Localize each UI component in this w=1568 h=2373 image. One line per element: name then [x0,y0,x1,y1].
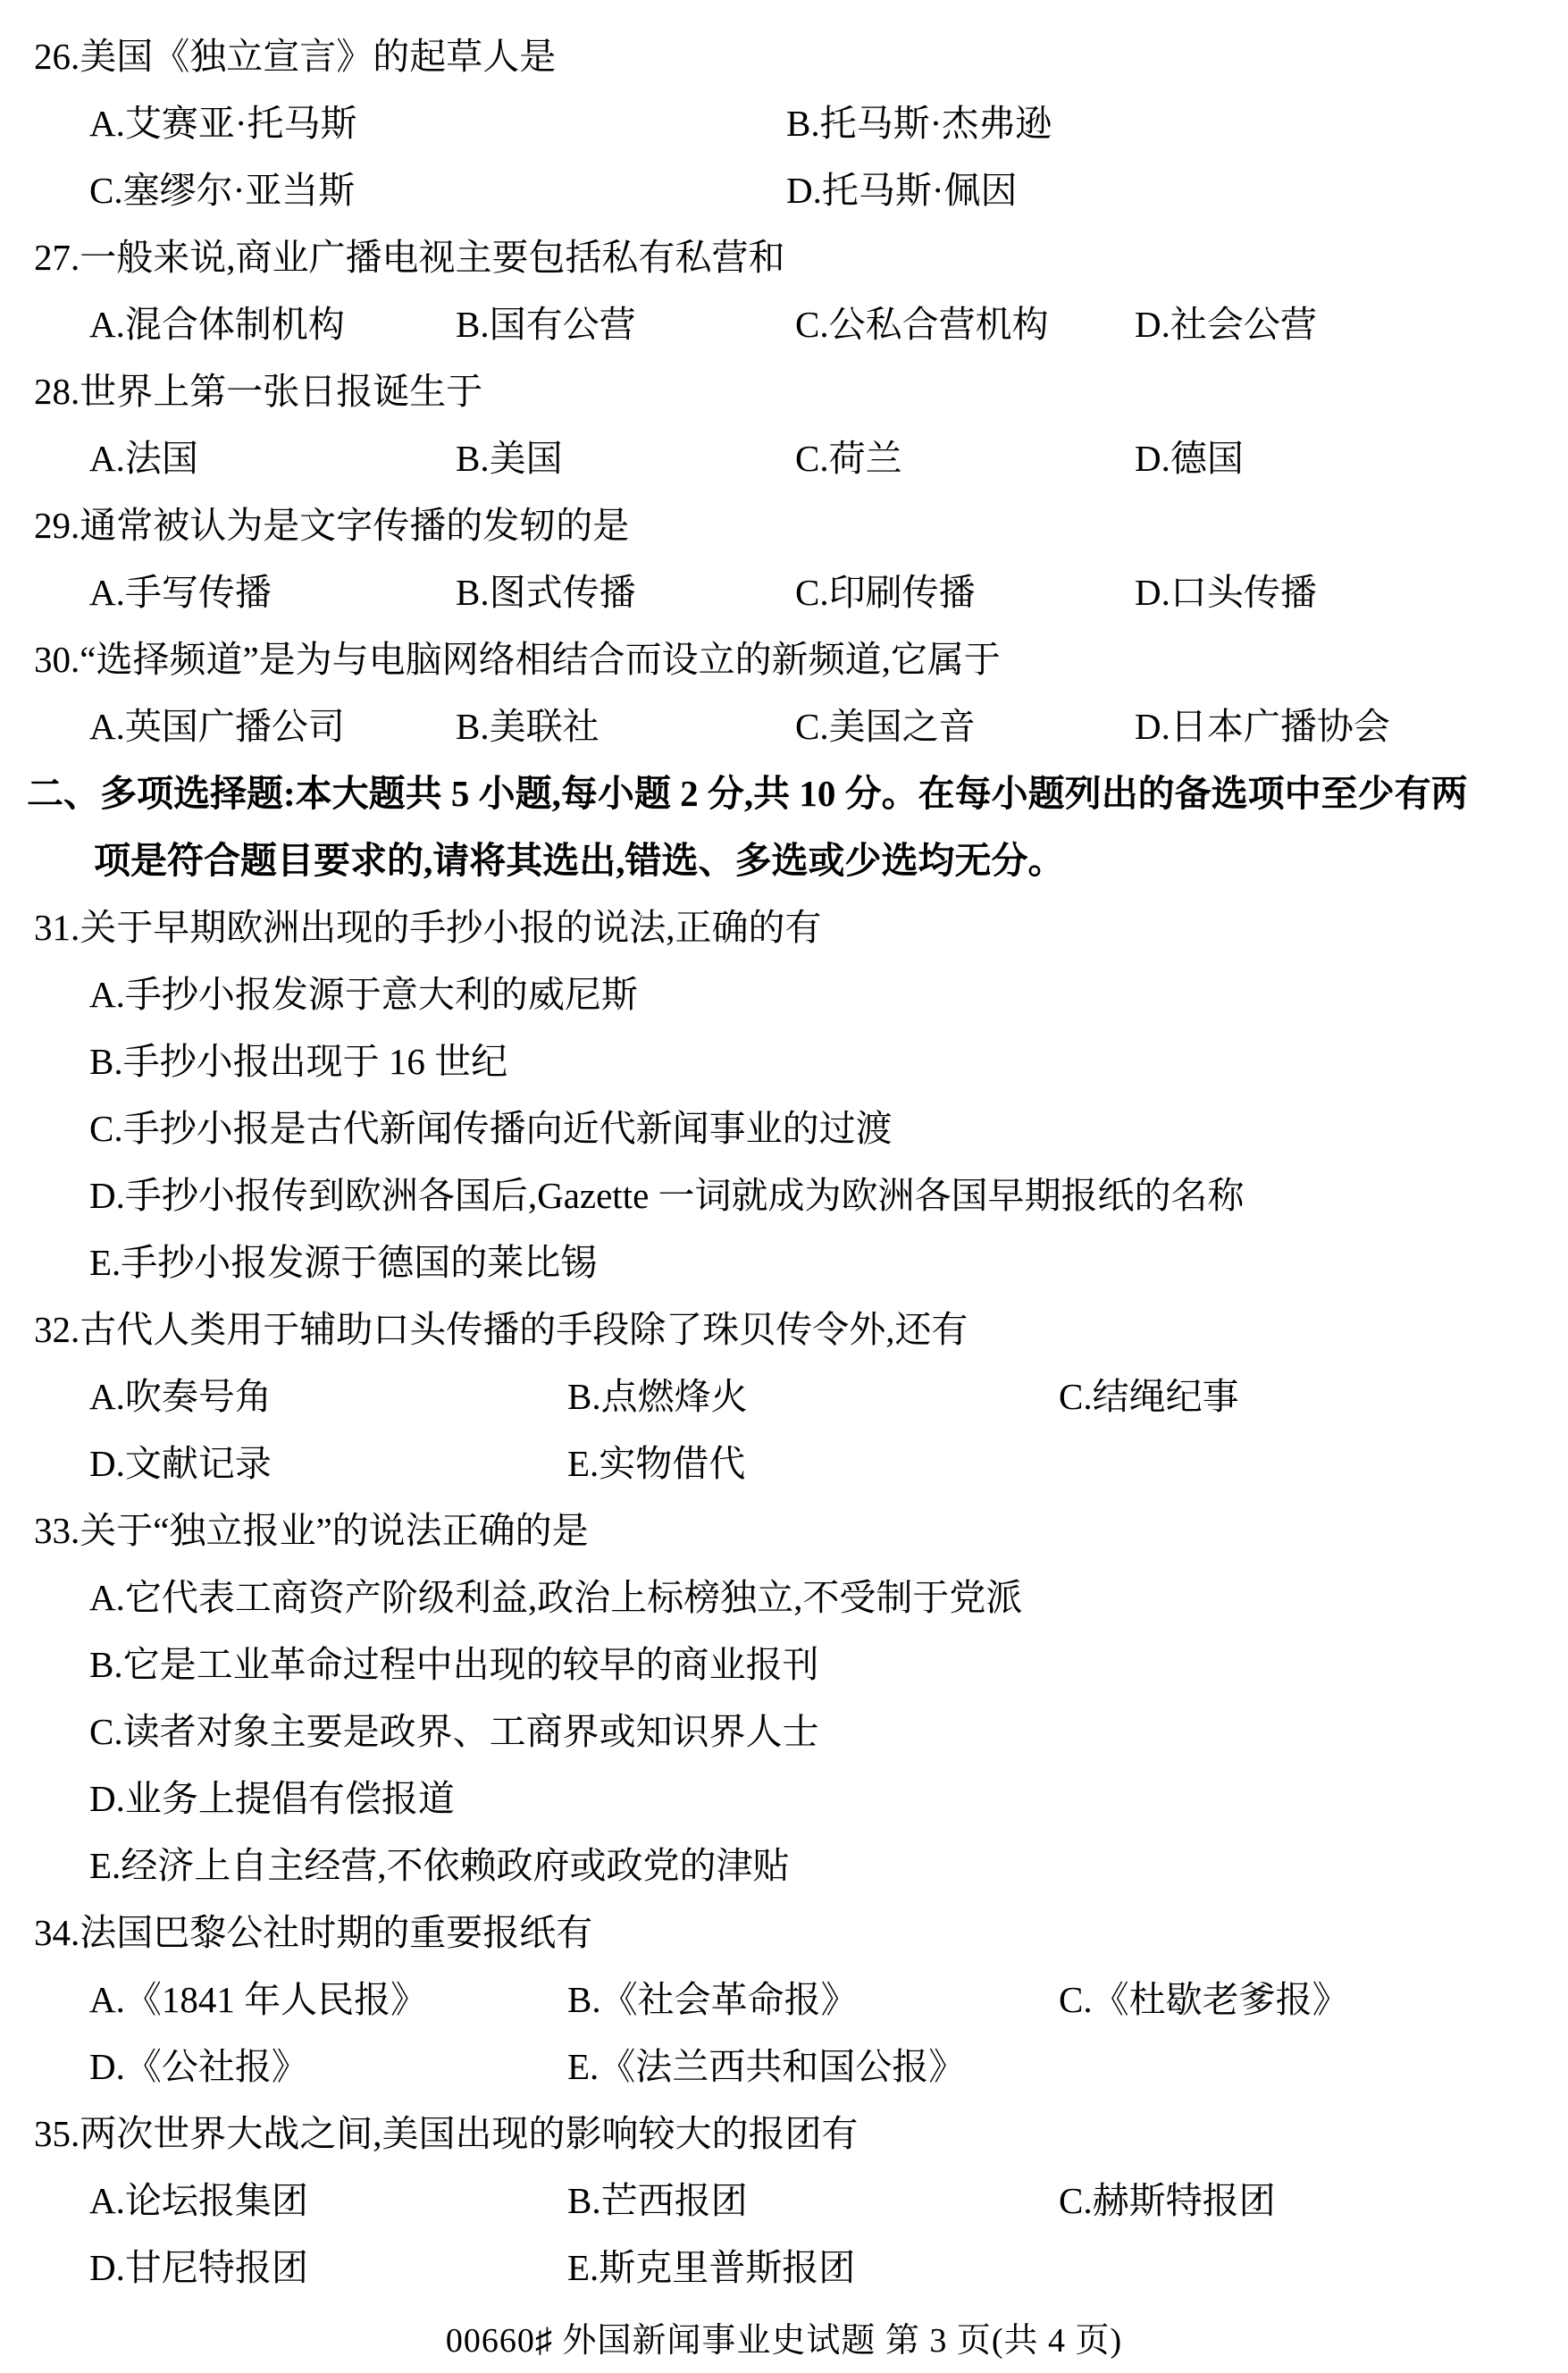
q31-option-c: C.手抄小报是古代新闻传播向近代新闻事业的过渡 [0,1099,1568,1166]
q34-option-b: B.《社会革命报》 [567,1970,1059,2037]
q28-option-a: A.法国 [89,429,456,496]
q30-stem: 30.“选择频道”是为与电脑网络相结合而设立的新频道,它属于 [0,630,1568,697]
q32-option-d: D.文献记录 [89,1434,567,1501]
q30-option-c: C.美国之音 [795,697,1135,764]
q29-option-c: C.印刷传播 [795,563,1135,630]
q26-option-row-2: C.塞缪尔·亚当斯 D.托马斯·佩因 [0,161,1568,228]
q28-option-d: D.德国 [1135,429,1568,496]
q35-option-row-1: A.论坛报集团 B.芒西报团 C.赫斯特报团 [0,2171,1568,2238]
q32-option-row-2: D.文献记录 E.实物借代 [0,1434,1568,1501]
q29-option-a: A.手写传播 [89,563,456,630]
q34-option-c: C.《杜歇老爹报》 [1059,1970,1568,2037]
q28-option-row: A.法国 B.美国 C.荷兰 D.德国 [0,429,1568,496]
q27-option-c: C.公私合营机构 [795,295,1135,362]
q32-option-row-1: A.吹奏号角 B.点燃烽火 C.结绳纪事 [0,1367,1568,1434]
q26-stem: 26.美国《独立宣言》的起草人是 [0,27,1568,94]
q29-option-d: D.口头传播 [1135,563,1568,630]
q27-option-a: A.混合体制机构 [89,295,456,362]
page-footer: 00660♯ 外国新闻事业史试题 第 3 页(共 4 页) [0,2312,1568,2361]
q32-option-c: C.结绳纪事 [1059,1367,1568,1434]
q31-option-e: E.手抄小报发源于德国的莱比锡 [0,1233,1568,1300]
q26-option-c: C.塞缪尔·亚当斯 [89,161,786,228]
q33-option-a: A.它代表工商资产阶级利益,政治上标榜独立,不受制于党派 [0,1568,1568,1635]
q27-stem: 27.一般来说,商业广播电视主要包括私有私营和 [0,228,1568,295]
q26-option-d: D.托马斯·佩因 [786,161,1568,228]
q33-option-c: C.读者对象主要是政界、工商界或知识界人士 [0,1702,1568,1769]
q30-option-b: B.美联社 [456,697,795,764]
q34-stem: 34.法国巴黎公社时期的重要报纸有 [0,1903,1568,1970]
q28-option-c: C.荷兰 [795,429,1135,496]
q34-option-row-2: D.《公社报》 E.《法兰西共和国公报》 [0,2037,1568,2104]
q31-option-a: A.手抄小报发源于意大利的威尼斯 [0,965,1568,1032]
q27-option-d: D.社会公营 [1135,295,1568,362]
section2-heading-line1: 二、多项选择题:本大题共 5 小题,每小题 2 分,共 10 分。在每小题列出的… [0,764,1568,831]
q32-option-e: E.实物借代 [567,1434,1059,1501]
q34-option-d: D.《公社报》 [89,2037,567,2104]
q35-stem: 35.两次世界大战之间,美国出现的影响较大的报团有 [0,2104,1568,2171]
q34-option-a: A.《1841 年人民报》 [89,1970,567,2037]
q32-stem: 32.古代人类用于辅助口头传播的手段除了珠贝传令外,还有 [0,1300,1568,1367]
q33-option-b: B.它是工业革命过程中出现的较早的商业报刊 [0,1635,1568,1702]
q35-option-d: D.甘尼特报团 [89,2238,567,2305]
q33-stem: 33.关于“独立报业”的说法正确的是 [0,1501,1568,1568]
q27-option-b: B.国有公营 [456,295,795,362]
q26-option-b: B.托马斯·杰弗逊 [786,94,1568,161]
q31-option-d: D.手抄小报传到欧洲各国后,Gazette 一词就成为欧洲各国早期报纸的名称 [0,1166,1568,1233]
q30-option-a: A.英国广播公司 [89,697,456,764]
q31-stem: 31.关于早期欧洲出现的手抄小报的说法,正确的有 [0,898,1568,965]
q35-option-c: C.赫斯特报团 [1059,2171,1568,2238]
q35-option-row-2: D.甘尼特报团 E.斯克里普斯报团 [0,2238,1568,2305]
q26-option-a: A.艾赛亚·托马斯 [89,94,786,161]
q33-option-d: D.业务上提倡有偿报道 [0,1769,1568,1836]
q32-option-a: A.吹奏号角 [89,1367,567,1434]
q27-option-row: A.混合体制机构 B.国有公营 C.公私合营机构 D.社会公营 [0,295,1568,362]
q32-option-b: B.点燃烽火 [567,1367,1059,1434]
q28-stem: 28.世界上第一张日报诞生于 [0,362,1568,429]
q26-option-row-1: A.艾赛亚·托马斯 B.托马斯·杰弗逊 [0,94,1568,161]
q35-option-e: E.斯克里普斯报团 [567,2238,1059,2305]
q34-option-e: E.《法兰西共和国公报》 [567,2037,1059,2104]
q35-option-a: A.论坛报集团 [89,2171,567,2238]
q35-option-b: B.芒西报团 [567,2171,1059,2238]
q29-option-row: A.手写传播 B.图式传播 C.印刷传播 D.口头传播 [0,563,1568,630]
exam-page: 26.美国《独立宣言》的起草人是 A.艾赛亚·托马斯 B.托马斯·杰弗逊 C.塞… [0,0,1568,2373]
q30-option-d: D.日本广播协会 [1135,697,1568,764]
q34-option-row-1: A.《1841 年人民报》 B.《社会革命报》 C.《杜歇老爹报》 [0,1970,1568,2037]
section2-heading-line2: 项是符合题目要求的,请将其选出,错选、多选或少选均无分。 [0,831,1568,898]
q30-option-row: A.英国广播公司 B.美联社 C.美国之音 D.日本广播协会 [0,697,1568,764]
q29-stem: 29.通常被认为是文字传播的发轫的是 [0,496,1568,563]
q31-option-b: B.手抄小报出现于 16 世纪 [0,1032,1568,1099]
q33-option-e: E.经济上自主经营,不依赖政府或政党的津贴 [0,1836,1568,1903]
q28-option-b: B.美国 [456,429,795,496]
q29-option-b: B.图式传播 [456,563,795,630]
